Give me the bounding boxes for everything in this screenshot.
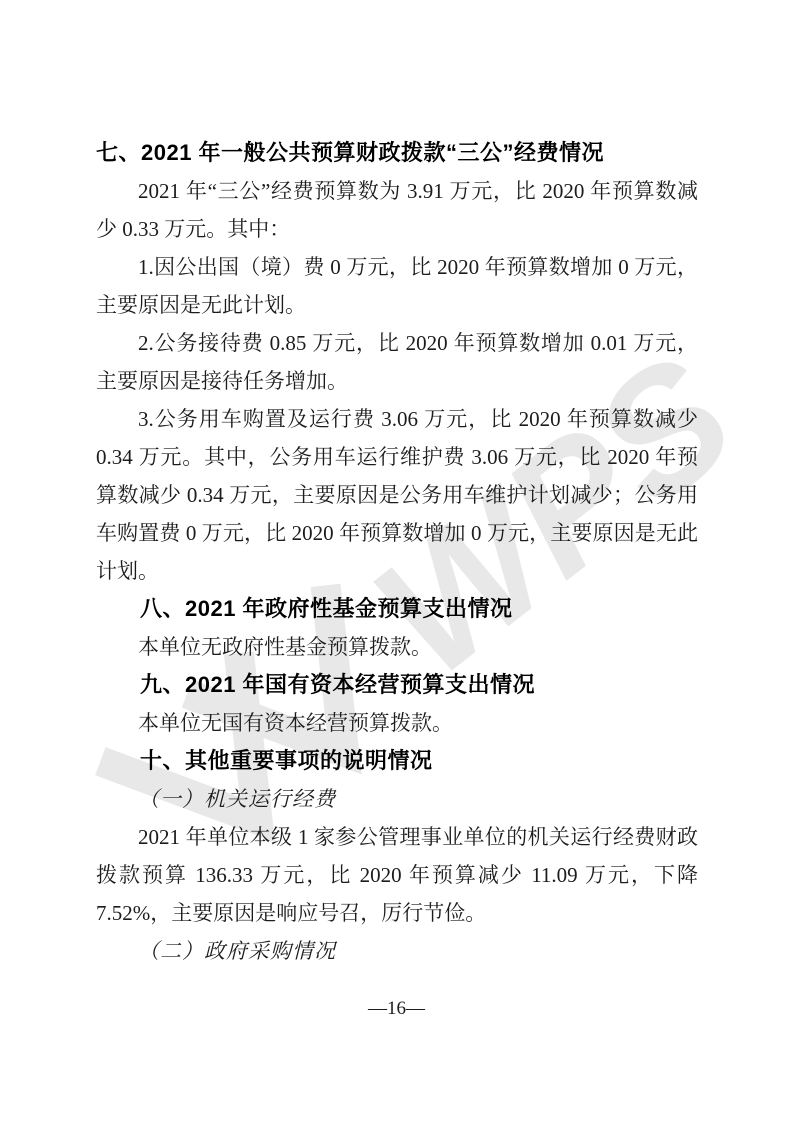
section-heading-8: 八、2021 年政府性基金预算支出情况	[96, 590, 698, 628]
paragraph-vehicle-expense: 3.公务用车购置及运行费 3.06 万元，比 2020 年预算数减少 0.34 …	[96, 400, 698, 590]
section-heading-9: 九、2021 年国有资本经营预算支出情况	[96, 666, 698, 704]
document-content: 七、2021 年一般公共预算财政拨款“三公”经费情况 2021 年“三公”经费预…	[96, 134, 698, 970]
section-heading-7: 七、2021 年一般公共预算财政拨款“三公”经费情况	[96, 134, 698, 172]
paragraph-agency-operating-detail: 2021 年单位本级 1 家参公管理事业单位的机关运行经费财政拨款预算 136.…	[96, 818, 698, 932]
paragraph-no-state-capital: 本单位无国有资本经营预算拨款。	[96, 704, 698, 742]
subheading-government-procurement: （二）政府采购情况	[96, 932, 698, 970]
document-page: WPS 七、2021 年一般公共预算财政拨款“三公”经费情况 2021 年“三公…	[0, 0, 793, 1122]
paragraph-abroad-expense: 1.因公出国（境）费 0 万元，比 2020 年预算数增加 0 万元，主要原因是…	[96, 248, 698, 324]
page-number: —16—	[0, 995, 793, 1023]
paragraph-no-government-fund: 本单位无政府性基金预算拨款。	[96, 628, 698, 666]
section-heading-10: 十、其他重要事项的说明情况	[96, 742, 698, 780]
paragraph-reception-expense: 2.公务接待费 0.85 万元，比 2020 年预算数增加 0.01 万元，主要…	[96, 324, 698, 400]
paragraph-three-public-summary: 2021 年“三公”经费预算数为 3.91 万元，比 2020 年预算数减少 0…	[96, 172, 698, 248]
subheading-agency-operating-expense: （一）机关运行经费	[96, 780, 698, 818]
